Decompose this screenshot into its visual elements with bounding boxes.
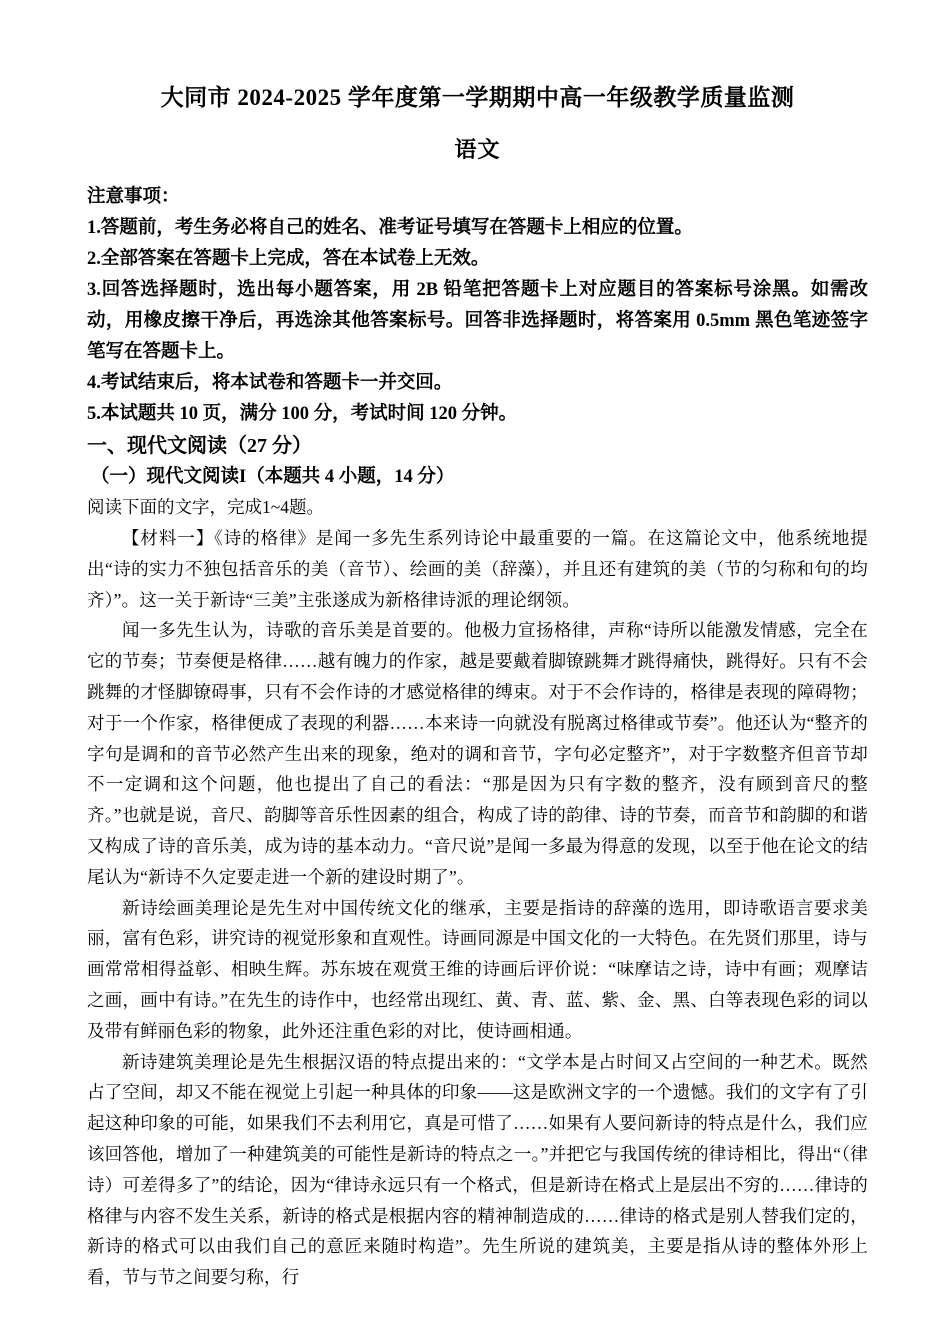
notice-item-1: 1.答题前，考生务必将自己的姓名、准考证号填写在答题卡上相应的位置。 (87, 213, 868, 244)
notice-item-2: 2.全部答案在答题卡上完成，答在本试卷上无效。 (87, 244, 868, 275)
notice-section: 注意事项： 1.答题前，考生务必将自己的姓名、准考证号填写在答题卡上相应的位置。… (87, 182, 868, 430)
reading-passage: 【材料一】《诗的格律》是闻一多先生系列诗论中最重要的一篇。在这篇论文中，他系统地… (87, 523, 868, 1293)
reading-instruction: 阅读下面的文字，完成1~4题。 (87, 493, 868, 522)
notice-item-4: 4.考试结束后，将本试卷和答题卡一并交回。 (87, 368, 868, 399)
notice-item-5: 5.本试题共 10 页，满分 100 分，考试时间 120 分钟。 (87, 399, 868, 430)
subject-title: 语文 (87, 135, 868, 165)
exam-paper-page: 大同市 2024-2025 学年度第一学期期中高一年级教学质量监测 语文 注意事… (0, 0, 950, 1344)
section-heading-modern-reading: 一、现代文阅读（27 分） (87, 430, 868, 462)
subsection-heading-reading-1: （一）现代文阅读I（本题共 4 小题，14 分） (87, 462, 868, 493)
passage-paragraph-2: 闻一多先生认为，诗歌的音乐美是首要的。他极力宣扬格律，声称“诗所以能激发情感，完… (87, 615, 868, 892)
notice-item-3: 3.回答选择题时，选出每小题答案，用 2B 铅笔把答题卡上对应题目的答案标号涂黑… (87, 275, 868, 368)
page-title: 大同市 2024-2025 学年度第一学期期中高一年级教学质量监测 (87, 82, 868, 114)
passage-paragraph-4: 新诗建筑美理论是先生根据汉语的特点提出来的：“文学本是占时间又占空间的一种艺术。… (87, 1047, 868, 1293)
notice-heading: 注意事项： (87, 182, 868, 213)
passage-paragraph-1: 【材料一】《诗的格律》是闻一多先生系列诗论中最重要的一篇。在这篇论文中，他系统地… (87, 523, 868, 615)
passage-paragraph-3: 新诗绘画美理论是先生对中国传统文化的继承，主要是指诗的辞藻的选用，即诗歌语言要求… (87, 893, 868, 1047)
